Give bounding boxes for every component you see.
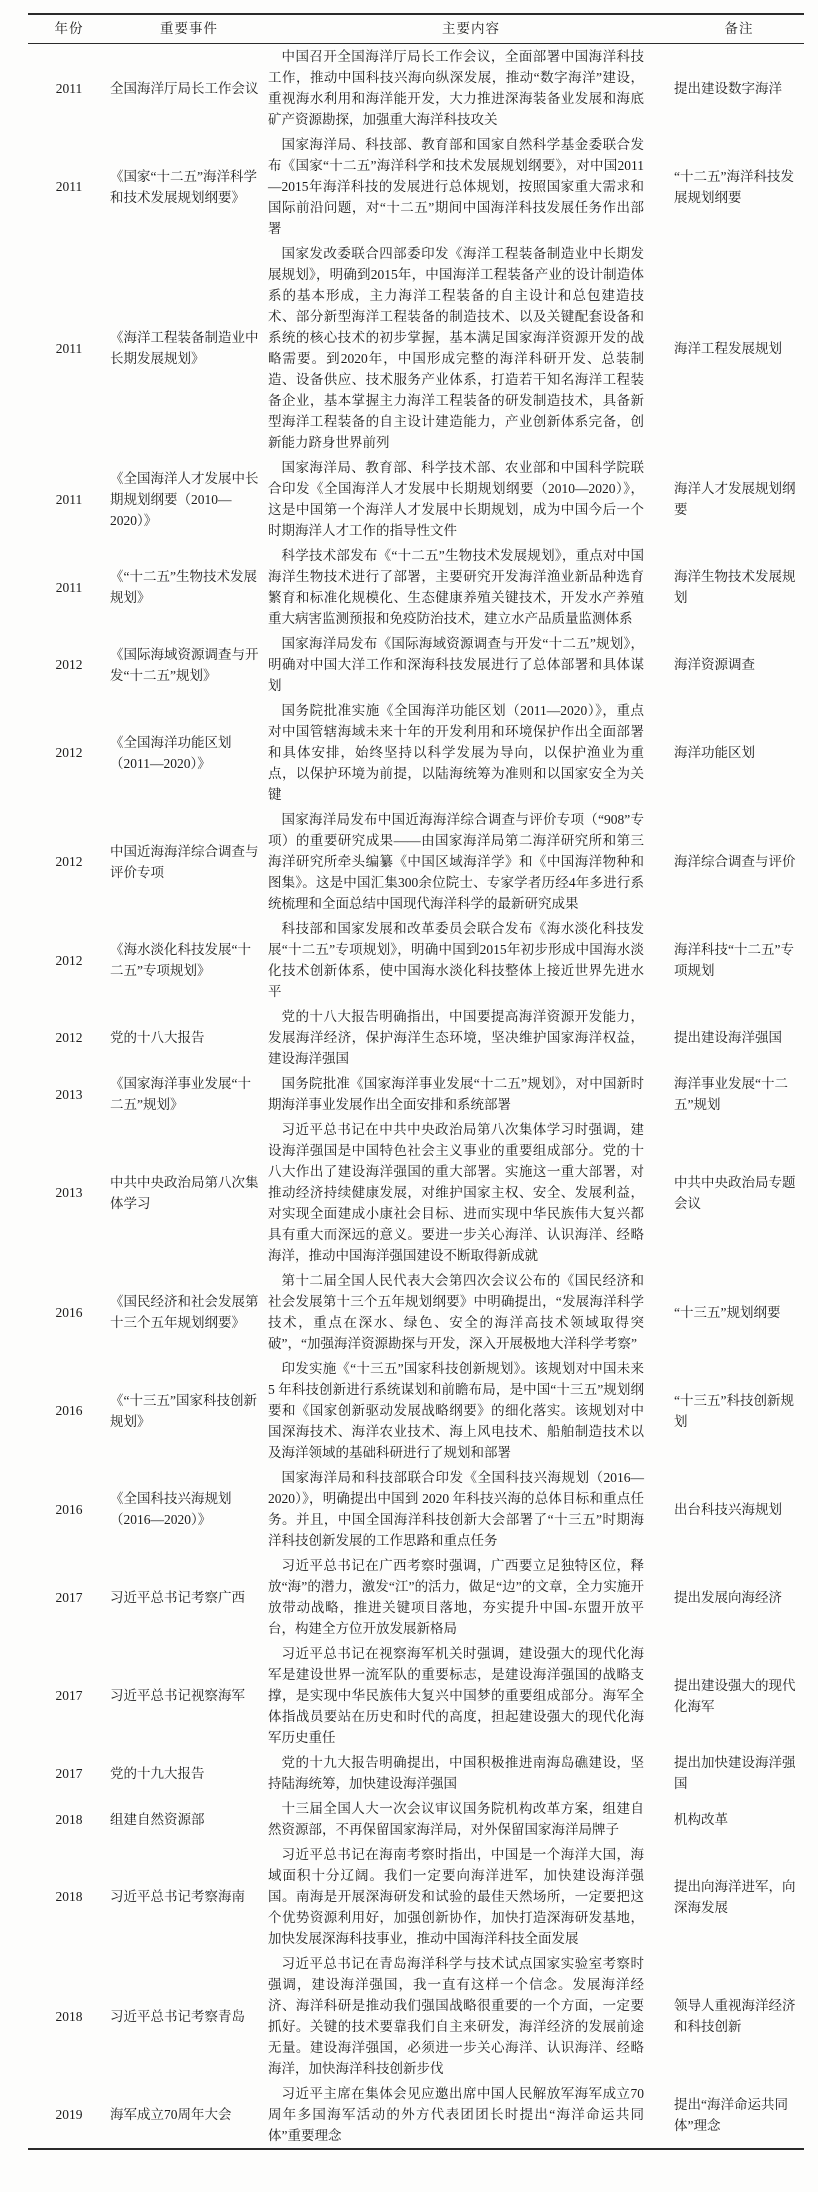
content-cell: 习近平总书记在海南考察时指出，中国是一个海洋大国，海域面积十分辽阔。我们一定要向… xyxy=(268,1842,674,1951)
marine-events-table: 年份 重要事件 主要内容 备注 2011全国海洋厅局长工作会议中国召开全国海洋厅… xyxy=(28,13,804,2150)
content-cell: 科学技术部发布《“十二五”生物技术发展规划》，重点对中国海洋生物技术进行了部署，… xyxy=(268,543,674,631)
content-paragraph: 中国召开全国海洋厅局长工作会议，全面部署中国海洋科技工作，推动中国科技兴海向纵深… xyxy=(268,46,644,130)
content-cell: 中国召开全国海洋厅局长工作会议，全面部署中国海洋科技工作，推动中国科技兴海向纵深… xyxy=(268,44,674,133)
year-cell: 2011 xyxy=(28,241,110,455)
event-cell: 中国近海海洋综合调查与评价专项 xyxy=(110,807,268,916)
table-row: 2018组建自然资源部十三届全国人大一次会议审议国务院机构改革方案，组建自然资源… xyxy=(28,1796,804,1842)
table-row: 2011《“十二五”生物技术发展规划》科学技术部发布《“十二五”生物技术发展规划… xyxy=(28,543,804,631)
content-cell: 习近平总书记在广西考察时强调，广西要立足独特区位，释放“海”的潜力，激发“江”的… xyxy=(268,1553,674,1641)
year-cell: 2013 xyxy=(28,1071,110,1117)
note-cell: 提出建设数字海洋 xyxy=(674,44,804,133)
table-row: 2017习近平总书记考察广西习近平总书记在广西考察时强调，广西要立足独特区位，释… xyxy=(28,1553,804,1641)
header-row: 年份 重要事件 主要内容 备注 xyxy=(28,14,804,44)
table-row: 2011全国海洋厅局长工作会议中国召开全国海洋厅局长工作会议，全面部署中国海洋科… xyxy=(28,44,804,133)
content-cell: 国家发改委联合四部委印发《海洋工程装备制造业中长期发展规划》，明确到2015年，… xyxy=(268,241,674,455)
event-cell: 《“十三五”国家科技创新规划》 xyxy=(110,1356,268,1465)
event-cell: 习近平总书记考察青岛 xyxy=(110,1951,268,2081)
content-paragraph: 十三届全国人大一次会议审议国务院机构改革方案，组建自然资源部，不再保留国家海洋局… xyxy=(268,1798,644,1840)
year-cell: 2012 xyxy=(28,1004,110,1071)
event-cell: 《国家“十二五”海洋科学和技术发展规划纲要》 xyxy=(110,132,268,241)
table-row: 2016《“十三五”国家科技创新规划》印发实施《“十三五”国家科技创新规划》。该… xyxy=(28,1356,804,1465)
note-cell: 海洋资源调查 xyxy=(674,631,804,698)
content-cell: 国家海洋局和科技部联合印发《全国科技兴海规划（2016—2020）》，明确提出中… xyxy=(268,1465,674,1553)
content-paragraph: 科技部和国家发展和改革委员会联合发布《海水淡化科技发展“十二五”专项规划》，明确… xyxy=(268,918,644,1002)
note-cell: 提出发展向海经济 xyxy=(674,1553,804,1641)
year-cell: 2017 xyxy=(28,1553,110,1641)
note-cell: 海洋科技“十二五”专项规划 xyxy=(674,916,804,1004)
column-header-event: 重要事件 xyxy=(110,14,268,44)
event-cell: 《全国科技兴海规划（2016—2020）》 xyxy=(110,1465,268,1553)
content-paragraph: 国家海洋局、科技部、教育部和国家自然科学基金委联合发布《国家“十二五”海洋科学和… xyxy=(268,134,644,239)
document-page: 年份 重要事件 主要内容 备注 2011全国海洋厅局长工作会议中国召开全国海洋厅… xyxy=(0,0,818,2192)
table-row: 2019海军成立70周年大会习近平主席在集体会见应邀出席中国人民解放军海军成立7… xyxy=(28,2081,804,2149)
year-cell: 2012 xyxy=(28,698,110,807)
year-cell: 2016 xyxy=(28,1356,110,1465)
table-row: 2017党的十九大报告党的十九大报告明确提出，中国积极推进南海岛礁建设，坚持陆海… xyxy=(28,1750,804,1796)
content-cell: 党的十九大报告明确提出，中国积极推进南海岛礁建设，坚持陆海统筹，加快建设海洋强国 xyxy=(268,1750,674,1796)
content-cell: 国务院批准实施《全国海洋功能区划（2011—2020）》，重点对中国管辖海域未来… xyxy=(268,698,674,807)
table-header: 年份 重要事件 主要内容 备注 xyxy=(28,14,804,44)
table-row: 2012《全国海洋功能区划（2011—2020）》国务院批准实施《全国海洋功能区… xyxy=(28,698,804,807)
event-cell: 习近平总书记考察广西 xyxy=(110,1553,268,1641)
content-cell: 印发实施《“十三五”国家科技创新规划》。该规划对中国未来 5 年科技创新进行系统… xyxy=(268,1356,674,1465)
event-cell: 习近平总书记视察海军 xyxy=(110,1641,268,1750)
note-cell: 海洋人才发展规划纲要 xyxy=(674,455,804,543)
content-cell: 科技部和国家发展和改革委员会联合发布《海水淡化科技发展“十二五”专项规划》，明确… xyxy=(268,916,674,1004)
event-cell: 《海水淡化科技发展“十二五”专项规划》 xyxy=(110,916,268,1004)
table-row: 2012《海水淡化科技发展“十二五”专项规划》科技部和国家发展和改革委员会联合发… xyxy=(28,916,804,1004)
year-cell: 2012 xyxy=(28,631,110,698)
content-paragraph: 国家海洋局发布中国近海海洋综合调查与评价专项（“908”专项）的重要研究成果——… xyxy=(268,809,644,914)
content-paragraph: 习近平总书记在广西考察时强调，广西要立足独特区位，释放“海”的潜力，激发“江”的… xyxy=(268,1555,644,1639)
content-cell: 习近平总书记在中共中央政治局第八次集体学习时强调，建设海洋强国是中国特色社会主义… xyxy=(268,1117,674,1268)
note-cell: 提出“海洋命运共同体”理念 xyxy=(674,2081,804,2149)
content-paragraph: 习近平总书记在青岛海洋科学与技术试点国家实验室考察时强调，建设海洋强国，我一直有… xyxy=(268,1953,644,2079)
table-row: 2011《全国海洋人才发展中长期规划纲要（2010—2020）》国家海洋局、教育… xyxy=(28,455,804,543)
event-cell: 习近平总书记考察海南 xyxy=(110,1842,268,1951)
event-cell: 《“十二五”生物技术发展规划》 xyxy=(110,543,268,631)
content-paragraph: 习近平总书记在视察海军机关时强调，建设强大的现代化海军是建设世界一流军队的重要标… xyxy=(268,1643,644,1748)
table-body: 2011全国海洋厅局长工作会议中国召开全国海洋厅局长工作会议，全面部署中国海洋科… xyxy=(28,44,804,2150)
content-cell: 第十二届全国人民代表大会第四次会议公布的《国民经济和社会发展第十三个五年规划纲要… xyxy=(268,1268,674,1356)
event-cell: 全国海洋厅局长工作会议 xyxy=(110,44,268,133)
year-cell: 2018 xyxy=(28,1842,110,1951)
content-cell: 习近平总书记在视察海军机关时强调，建设强大的现代化海军是建设世界一流军队的重要标… xyxy=(268,1641,674,1750)
content-cell: 国家海洋局发布《国际海域资源调查与开发“十二五”规划》，明确对中国大洋工作和深海… xyxy=(268,631,674,698)
year-cell: 2012 xyxy=(28,916,110,1004)
table-row: 2016《国民经济和社会发展第十三个五年规划纲要》第十二届全国人民代表大会第四次… xyxy=(28,1268,804,1356)
content-cell: 国务院批准《国家海洋事业发展“十二五”规划》，对中国新时期海洋事业发展作出全面安… xyxy=(268,1071,674,1117)
content-paragraph: 国务院批准实施《全国海洋功能区划（2011—2020）》，重点对中国管辖海域未来… xyxy=(268,700,644,805)
column-header-year: 年份 xyxy=(28,14,110,44)
content-paragraph: 党的十八大报告明确指出，中国要提高海洋资源开发能力，发展海洋经济，保护海洋生态环… xyxy=(268,1006,644,1069)
content-paragraph: 习近平主席在集体会见应邀出席中国人民解放军海军成立70周年多国海军活动的外方代表… xyxy=(268,2083,644,2146)
content-cell: 国家海洋局、科技部、教育部和国家自然科学基金委联合发布《国家“十二五”海洋科学和… xyxy=(268,132,674,241)
content-cell: 习近平主席在集体会见应邀出席中国人民解放军海军成立70周年多国海军活动的外方代表… xyxy=(268,2081,674,2149)
table-row: 2012《国际海域资源调查与开发“十二五”规划》国家海洋局发布《国际海域资源调查… xyxy=(28,631,804,698)
note-cell: 领导人重视海洋经济和科技创新 xyxy=(674,1951,804,2081)
note-cell: 提出加快建设海洋强国 xyxy=(674,1750,804,1796)
event-cell: 《全国海洋人才发展中长期规划纲要（2010—2020）》 xyxy=(110,455,268,543)
content-paragraph: 印发实施《“十三五”国家科技创新规划》。该规划对中国未来 5 年科技创新进行系统… xyxy=(268,1358,644,1463)
note-cell: 出台科技兴海规划 xyxy=(674,1465,804,1553)
column-header-note: 备注 xyxy=(674,14,804,44)
content-paragraph: 国务院批准《国家海洋事业发展“十二五”规划》，对中国新时期海洋事业发展作出全面安… xyxy=(268,1073,644,1115)
note-cell: 海洋生物技术发展规划 xyxy=(674,543,804,631)
note-cell: 海洋事业发展“十二五”规划 xyxy=(674,1071,804,1117)
table-row: 2017习近平总书记视察海军习近平总书记在视察海军机关时强调，建设强大的现代化海… xyxy=(28,1641,804,1750)
event-cell: 党的十八大报告 xyxy=(110,1004,268,1071)
column-header-content: 主要内容 xyxy=(268,14,674,44)
content-paragraph: 党的十九大报告明确提出，中国积极推进南海岛礁建设，坚持陆海统筹，加快建设海洋强国 xyxy=(268,1752,644,1794)
table-row: 2016《全国科技兴海规划（2016—2020）》国家海洋局和科技部联合印发《全… xyxy=(28,1465,804,1553)
content-cell: 党的十八大报告明确指出，中国要提高海洋资源开发能力，发展海洋经济，保护海洋生态环… xyxy=(268,1004,674,1071)
year-cell: 2012 xyxy=(28,807,110,916)
event-cell: 《国家海洋事业发展“十二五”规划》 xyxy=(110,1071,268,1117)
content-paragraph: 科学技术部发布《“十二五”生物技术发展规划》，重点对中国海洋生物技术进行了部署，… xyxy=(268,545,644,629)
content-cell: 十三届全国人大一次会议审议国务院机构改革方案，组建自然资源部，不再保留国家海洋局… xyxy=(268,1796,674,1842)
year-cell: 2013 xyxy=(28,1117,110,1268)
year-cell: 2019 xyxy=(28,2081,110,2149)
event-cell: 《全国海洋功能区划（2011—2020）》 xyxy=(110,698,268,807)
note-cell: 机构改革 xyxy=(674,1796,804,1842)
note-cell: “十三五”规划纲要 xyxy=(674,1268,804,1356)
note-cell: 提出向海洋进军，向深海发展 xyxy=(674,1842,804,1951)
note-cell: 中共中央政治局专题会议 xyxy=(674,1117,804,1268)
content-paragraph: 国家发改委联合四部委印发《海洋工程装备制造业中长期发展规划》，明确到2015年，… xyxy=(268,243,644,453)
event-cell: 中共中央政治局第八次集体学习 xyxy=(110,1117,268,1268)
note-cell: “十三五”科技创新规划 xyxy=(674,1356,804,1465)
event-cell: 《国际海域资源调查与开发“十二五”规划》 xyxy=(110,631,268,698)
note-cell: 提出建设强大的现代化海军 xyxy=(674,1641,804,1750)
year-cell: 2011 xyxy=(28,44,110,133)
note-cell: 海洋功能区划 xyxy=(674,698,804,807)
year-cell: 2018 xyxy=(28,1796,110,1842)
year-cell: 2011 xyxy=(28,543,110,631)
year-cell: 2011 xyxy=(28,455,110,543)
content-paragraph: 习近平总书记在海南考察时指出，中国是一个海洋大国，海域面积十分辽阔。我们一定要向… xyxy=(268,1844,644,1949)
event-cell: 《海洋工程装备制造业中长期发展规划》 xyxy=(110,241,268,455)
table-row: 2012中国近海海洋综合调查与评价专项国家海洋局发布中国近海海洋综合调查与评价专… xyxy=(28,807,804,916)
content-paragraph: 国家海洋局发布《国际海域资源调查与开发“十二五”规划》，明确对中国大洋工作和深海… xyxy=(268,633,644,696)
event-cell: 组建自然资源部 xyxy=(110,1796,268,1842)
note-cell: 海洋工程发展规划 xyxy=(674,241,804,455)
content-paragraph: 国家海洋局、教育部、科学技术部、农业部和中国科学院联合印发《全国海洋人才发展中长… xyxy=(268,457,644,541)
year-cell: 2011 xyxy=(28,132,110,241)
year-cell: 2018 xyxy=(28,1951,110,2081)
note-cell: 海洋综合调查与评价 xyxy=(674,807,804,916)
table-row: 2013中共中央政治局第八次集体学习习近平总书记在中共中央政治局第八次集体学习时… xyxy=(28,1117,804,1268)
content-cell: 国家海洋局发布中国近海海洋综合调查与评价专项（“908”专项）的重要研究成果——… xyxy=(268,807,674,916)
table-row: 2011《海洋工程装备制造业中长期发展规划》国家发改委联合四部委印发《海洋工程装… xyxy=(28,241,804,455)
year-cell: 2016 xyxy=(28,1465,110,1553)
table-row: 2013《国家海洋事业发展“十二五”规划》国务院批准《国家海洋事业发展“十二五”… xyxy=(28,1071,804,1117)
table-row: 2012党的十八大报告党的十八大报告明确指出，中国要提高海洋资源开发能力，发展海… xyxy=(28,1004,804,1071)
content-paragraph: 第十二届全国人民代表大会第四次会议公布的《国民经济和社会发展第十三个五年规划纲要… xyxy=(268,1270,644,1354)
content-cell: 习近平总书记在青岛海洋科学与技术试点国家实验室考察时强调，建设海洋强国，我一直有… xyxy=(268,1951,674,2081)
content-cell: 国家海洋局、教育部、科学技术部、农业部和中国科学院联合印发《全国海洋人才发展中长… xyxy=(268,455,674,543)
table-row: 2018习近平总书记考察青岛习近平总书记在青岛海洋科学与技术试点国家实验室考察时… xyxy=(28,1951,804,2081)
note-cell: 提出建设海洋强国 xyxy=(674,1004,804,1071)
note-cell: “十二五”海洋科技发展规划纲要 xyxy=(674,132,804,241)
year-cell: 2016 xyxy=(28,1268,110,1356)
year-cell: 2017 xyxy=(28,1641,110,1750)
event-cell: 《国民经济和社会发展第十三个五年规划纲要》 xyxy=(110,1268,268,1356)
table-row: 2018习近平总书记考察海南习近平总书记在海南考察时指出，中国是一个海洋大国，海… xyxy=(28,1842,804,1951)
table-row: 2011《国家“十二五”海洋科学和技术发展规划纲要》国家海洋局、科技部、教育部和… xyxy=(28,132,804,241)
year-cell: 2017 xyxy=(28,1750,110,1796)
event-cell: 海军成立70周年大会 xyxy=(110,2081,268,2149)
content-paragraph: 习近平总书记在中共中央政治局第八次集体学习时强调，建设海洋强国是中国特色社会主义… xyxy=(268,1119,644,1266)
content-paragraph: 国家海洋局和科技部联合印发《全国科技兴海规划（2016—2020）》，明确提出中… xyxy=(268,1467,644,1551)
event-cell: 党的十九大报告 xyxy=(110,1750,268,1796)
